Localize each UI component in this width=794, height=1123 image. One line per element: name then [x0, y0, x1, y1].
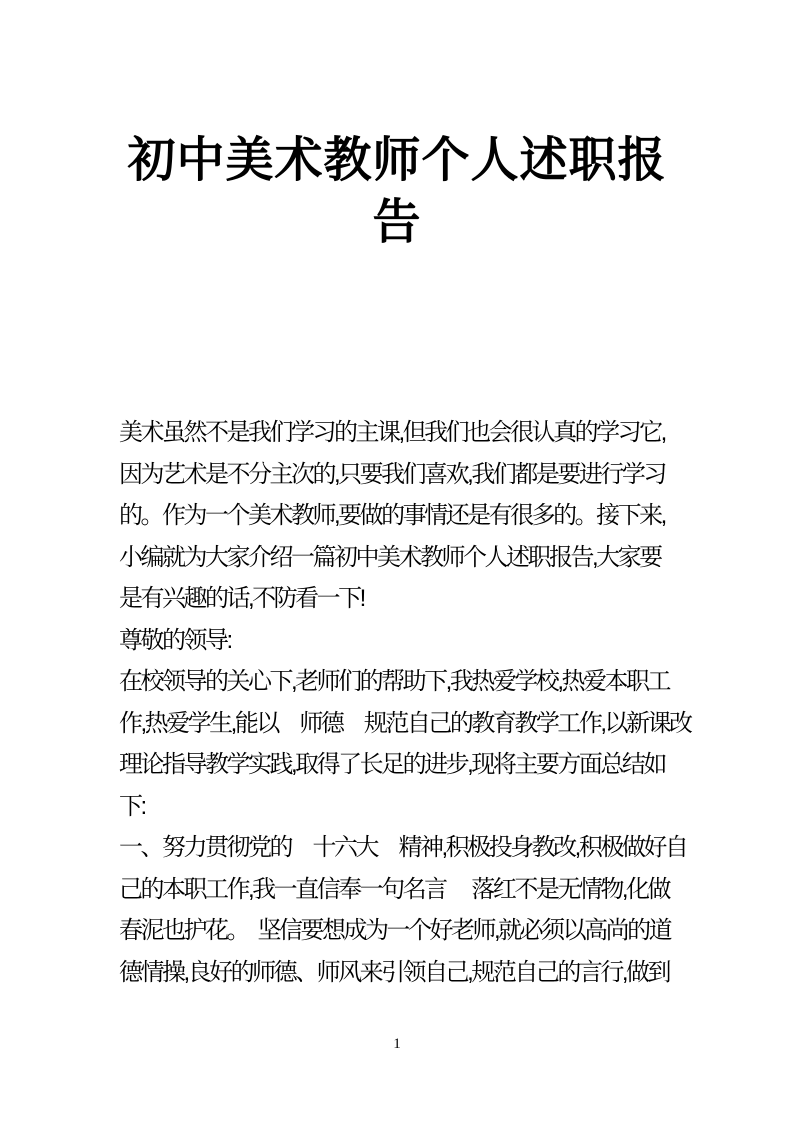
body-line: 美术虽然不是我们学习的主课,但我们也会很认真的学习它,	[119, 412, 699, 454]
document-page: 初中美术教师个人述职报告 美术虽然不是我们学习的主课,但我们也会很认真的学习它,…	[0, 0, 794, 1123]
page-number: 1	[393, 1036, 401, 1052]
body-line: 小编就为大家介绍一篇初中美术教师个人述职报告,大家要	[119, 537, 699, 579]
body-line: 在校领导的关心下,老师们的帮助下,我热爱学校,热爱本职工	[119, 661, 699, 703]
body-line: 己的本职工作,我一直信奉一句名言 落红不是无情物,化做	[119, 869, 699, 911]
page-footer: 1	[0, 1036, 794, 1053]
document-title: 初中美术教师个人述职报告	[117, 0, 677, 254]
body-line: 尊敬的领导:	[119, 620, 699, 662]
body-line: 春泥也护花。 坚信要想成为一个好老师,就必须以高尚的道	[119, 910, 699, 952]
document-body: 美术虽然不是我们学习的主课,但我们也会很认真的学习它,因为艺术是不分主次的,只要…	[119, 412, 699, 993]
body-line: 是有兴趣的话,不防看一下!	[119, 578, 699, 620]
body-line: 因为艺术是不分主次的,只要我们喜欢,我们都是要进行学习	[119, 454, 699, 496]
body-line: 一、努力贯彻党的 十六大 精神,积极投身教改,积极做好自	[119, 827, 699, 869]
body-line: 的。作为一个美术教师,要做的事情还是有很多的。接下来,	[119, 495, 699, 537]
body-line: 下:	[119, 786, 699, 828]
body-line: 理论指导教学实践,取得了长足的进步,现将主要方面总结如	[119, 744, 699, 786]
body-line: 作,热爱学生,能以 师德 规范自己的教育教学工作,以新课改	[119, 703, 699, 745]
body-line: 德情操,良好的师德、师风来引领自己,规范自己的言行,做到	[119, 952, 699, 994]
